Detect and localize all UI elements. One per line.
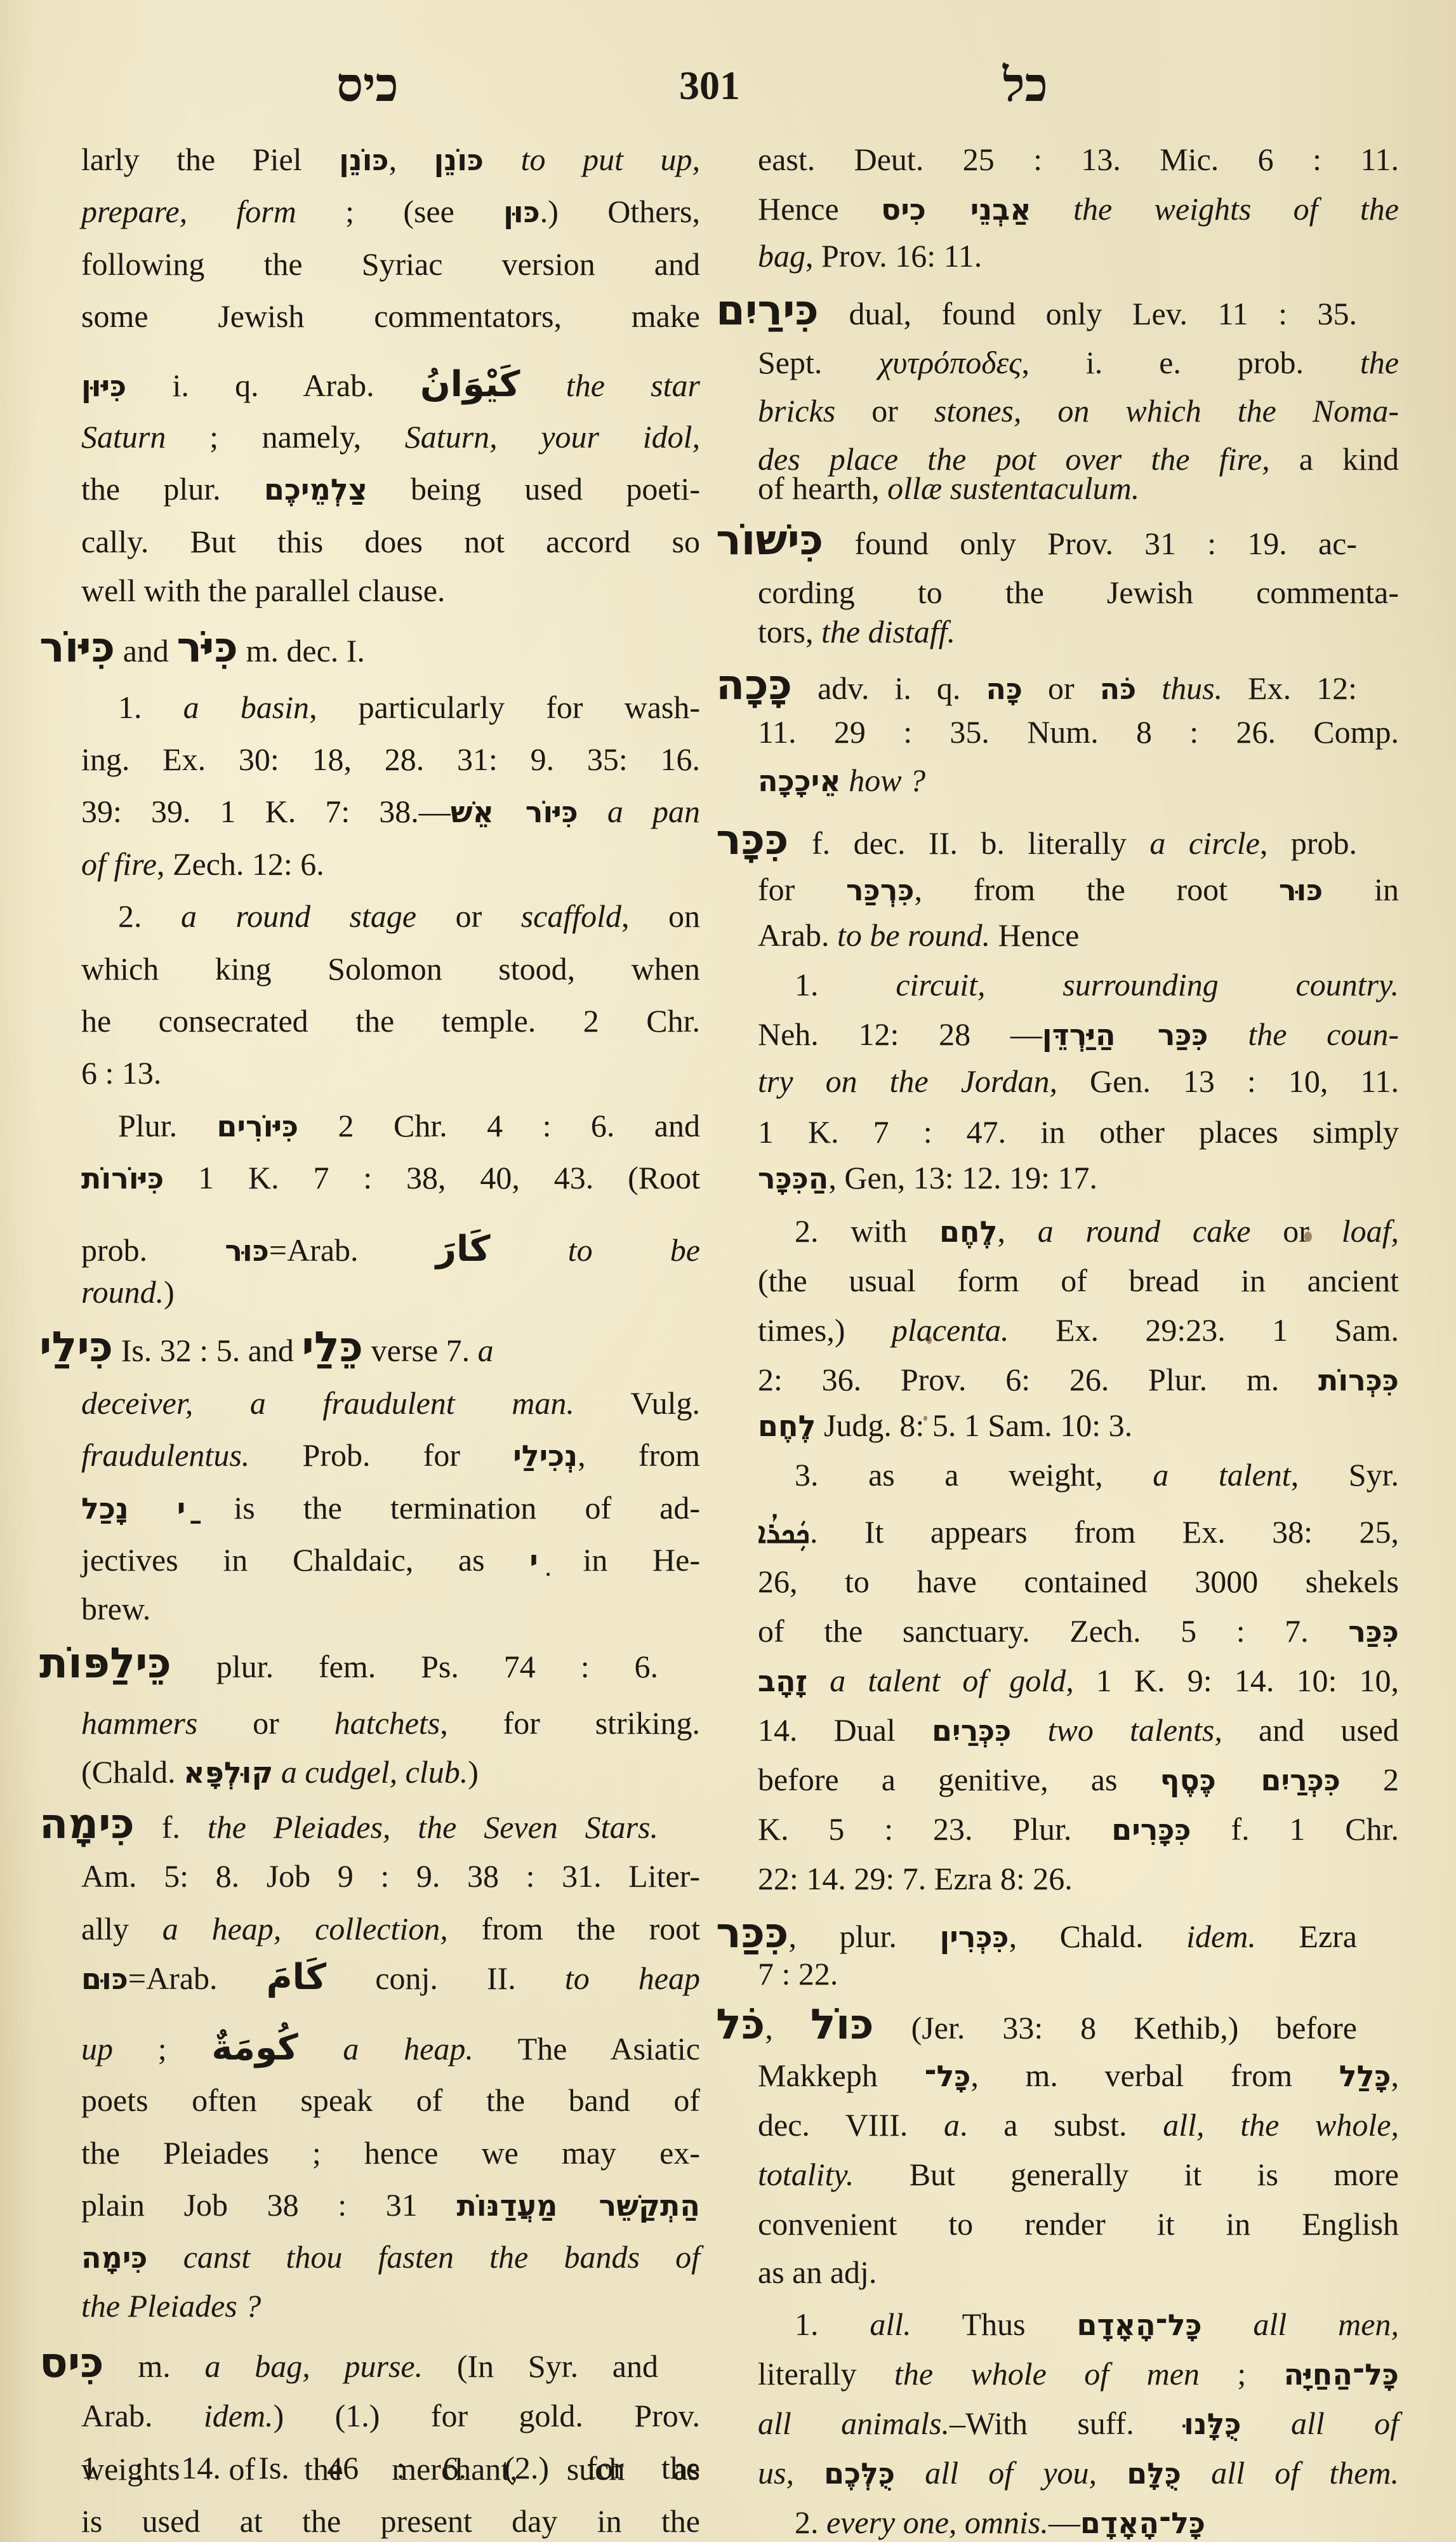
text-run: of the sanctuary. Zech. 5 : 7. [758, 1613, 1348, 1649]
text-line: of the sanctuary. Zech. 5 : 7. כִּכַּר [758, 1610, 1399, 1652]
text-line: כִּיּוֹרוֹת 1 K. 7 : 38, 40, 43. (Root [81, 1157, 700, 1199]
text-line: of fire, Zech. 12: 6. [81, 843, 700, 885]
italic-gloss: a round stage [181, 898, 416, 934]
text-line: 1. a basin, particularly for wash- [81, 686, 700, 728]
italic-gloss: a talent [1153, 1457, 1290, 1493]
text-line: 6 : 13. [81, 1052, 700, 1094]
text-line: זָהָב a talent of gold, 1 K. 9: 14. 10: … [758, 1660, 1399, 1701]
text-run: , [765, 2010, 810, 2046]
greek-word: χυτρόποδες [878, 345, 1021, 380]
text-run: f. dec. II. b. literally [789, 825, 1150, 861]
text-run: (the usual form of bread in ancient [758, 1263, 1399, 1298]
text-line: which king Solomon stood, when [81, 948, 700, 990]
hebrew-word: כֻּלָּנוּ [1184, 2407, 1241, 2441]
entry-headword: כֹּל [716, 2000, 765, 2049]
text-run: 2: 36. Prov. 6: 26. Plur. m. [758, 1362, 1318, 1397]
text-run: weights of the merchant, such as [81, 2451, 700, 2487]
italic-gloss: all of them. [1181, 2455, 1399, 2491]
text-run: The Asiatic [473, 2031, 700, 2066]
hebrew-word: כָּל־הָאָדָם [1077, 2308, 1202, 2342]
italic-gloss: us, [758, 2455, 794, 2491]
text-run: , Prov. 16: 11. [805, 238, 982, 274]
text-run: ally [81, 1911, 162, 1946]
text-line: כָּכָה adv. i. q. כָּה or כֹּה thus. Ex.… [716, 664, 1357, 706]
italic-gloss: the star [520, 368, 701, 403]
italic-gloss: the [1360, 345, 1399, 380]
text-line: round.) [81, 1271, 700, 1313]
entry-headword: כִּימָה [39, 1799, 135, 1848]
text-line: cally. But this does not accord so [81, 521, 700, 562]
text-run: 11. 29 : 35. Num. 8 : 26. Comp. [758, 714, 1399, 750]
italic-gloss: a [944, 2107, 960, 2143]
hebrew-word: לֶחֶם [758, 1409, 816, 1443]
text-line: כִּישׁוֹר found only Prov. 31 : 19. ac- [716, 519, 1357, 561]
text-run: times,) [758, 1312, 892, 1348]
italic-gloss: totality. [758, 2157, 854, 2192]
text-run: in He- [538, 1542, 700, 1578]
italic-gloss: all, the whole, [1163, 2107, 1399, 2143]
italic-gloss: the distaff. [821, 614, 955, 649]
text-run: following the Syriac version and [81, 246, 700, 282]
text-line: כִּירַיִם dual, found only Lev. 11 : 35. [716, 289, 1357, 331]
text-line: the plur. צַלְמֵיכֶם being used poeti- [81, 468, 700, 510]
italic-gloss: bricks [758, 393, 835, 429]
text-run: and used [1222, 1712, 1399, 1748]
text-line: 39: 39. 1 K. 7: 38.—כִּיּוֹר אֵשׁ a pan [81, 790, 700, 832]
text-run: , particularly for wash- [309, 689, 700, 725]
text-line: is used at the present day in the [81, 2500, 700, 2542]
text-run: from the root [448, 1911, 700, 1946]
text-run: or [1023, 670, 1100, 706]
text-run: , prob. [1260, 825, 1357, 861]
text-run: f. 1 Chr. [1191, 1811, 1399, 1847]
entry-headword: כִּיּוֹר [39, 623, 115, 672]
text-run: Is. 32 : 5. and [113, 1333, 301, 1368]
text-run: .) Others, [540, 194, 700, 229]
text-run: found only Prov. 31 : 19. ac- [823, 526, 1357, 561]
text-run: –With suff. [950, 2406, 1184, 2441]
right-column: east. Deut. 25 : 13. Mic. 6 : 11.Hence א… [711, 0, 1456, 2542]
text-line: 3. as a weight, a talent, Syr. [758, 1454, 1399, 1496]
text-line: hammers or hatchets, for striking. [81, 1702, 700, 1744]
text-run: ; [1200, 2356, 1284, 2392]
italic-gloss: two talents, [1011, 1712, 1222, 1748]
text-line: times,) placenta. Ex. 29:23. 1 Sam. [758, 1309, 1399, 1351]
text-line: 26, to have contained 3000 shekels [758, 1560, 1399, 1602]
hebrew-word: אֵיכָכָה [758, 764, 841, 798]
text-line: bag, Prov. 16: 11. [758, 235, 1399, 277]
hebrew-word: כּוּר [1279, 873, 1323, 907]
text-run: 1. [795, 967, 896, 1002]
text-run: plain Job 38 : 31 [81, 2187, 456, 2223]
text-run: or [197, 1705, 334, 1741]
text-run: K. 5 : 23. Plur. [758, 1811, 1111, 1847]
text-line: 2. with לֶחֶם, a round cake or loaf, [758, 1210, 1399, 1252]
hebrew-word: ִי [529, 1543, 538, 1578]
text-line: some Jewish commentators, make [81, 295, 700, 337]
italic-gloss: all. [870, 2306, 911, 2342]
entry-headword: כִּיֹּר [176, 623, 238, 672]
text-run: , Chald. [1009, 1919, 1187, 1954]
hebrew-word: זָהָב [758, 1664, 807, 1698]
text-line: 14. Dual כִּכְּרַיִם two talents, and us… [758, 1709, 1399, 1751]
text-run: =Arab. [269, 1232, 436, 1268]
hebrew-word: כִּיּוֹר אֵשׁ [451, 795, 578, 829]
hebrew-word: אַבְנֵי כִיס [881, 192, 1031, 227]
text-line: all animals.–With suff. כֻּלָּנוּ all of [758, 2402, 1399, 2444]
text-run: Hence [990, 917, 1079, 953]
text-line: Am. 5: 8. Job 9 : 9. 38 : 31. Liter- [81, 1855, 700, 1897]
text-line: literally the whole of men ; כָּל־הַחַיָ… [758, 2353, 1399, 2395]
hebrew-word: כָּל־ [924, 2059, 970, 2093]
italic-gloss: to put up, [484, 142, 700, 177]
italic-gloss: how ? [841, 762, 925, 798]
text-run: conj. II. [326, 1960, 565, 1996]
italic-gloss: fraudulentus. [81, 1437, 249, 1473]
ink-spot [923, 1416, 927, 1421]
text-line: נָכַל ַי is the termination of ad- [81, 1487, 700, 1529]
text-run: . It appears from Ex. 38: 25, [810, 1514, 1399, 1550]
text-line: up ; كُومَةٌ a heap. The Asiatic [81, 2027, 700, 2069]
hebrew-word: צַלְמֵיכֶם [264, 472, 367, 507]
text-line: כִּיס m. a bag, purse. (In Syr. and [39, 2342, 658, 2384]
entry-headword: כֵּילַפּוֹת [39, 1639, 171, 1687]
text-line: weights of the merchant, such as [81, 2448, 700, 2490]
hebrew-word: כָּל־הַחַיָּה [1284, 2357, 1399, 2392]
hebrew-word: כִּכְּרוֹת [1318, 1363, 1399, 1397]
text-run: east. Deut. 25 : 13. Mic. 6 : 11. [758, 142, 1399, 177]
text-line: (the usual form of bread in ancient [758, 1260, 1399, 1301]
text-run: plur. fem. Ps. 74 : 6. [171, 1649, 658, 1684]
hebrew-word: כָּה [986, 672, 1023, 706]
text-run: poets often speak of the band of [81, 2082, 700, 2118]
text-line: poets often speak of the band of [81, 2079, 700, 2121]
text-line: he consecrated the temple. 2 Chr. [81, 1000, 700, 1042]
text-run: (In Syr. and [423, 2348, 658, 2384]
text-run: m. dec. I. [238, 633, 365, 669]
text-run: the Pleiades ; hence we may ex- [81, 2135, 700, 2171]
entry-headword: כּוֹל [811, 2000, 874, 2049]
text-run: ) [164, 1274, 175, 1310]
text-line: convenient to render it in English [758, 2203, 1399, 2245]
text-run: he consecrated the temple. 2 Chr. [81, 1003, 700, 1039]
text-line: for כִּרְכַּר, from the root כּוּר in [758, 868, 1399, 910]
italic-gloss: the whole of men [894, 2356, 1200, 2392]
text-line: larly the Piel כּוֹנֵן, כּוֹנֵן to put u… [81, 138, 700, 180]
ink-spot [927, 1336, 932, 1344]
hebrew-word: הַכִּכָּר [758, 1161, 828, 1195]
italic-gloss: idem. [1186, 1919, 1256, 1954]
hebrew-word: כִּכָּרִים [1111, 1813, 1191, 1847]
hebrew-word: כָּלַל [1339, 2059, 1391, 2093]
text-line: tors, the distaff. [758, 611, 1399, 653]
hebrew-word: הַתְקַשֵּׁר מַעֲדַנּוֹת [456, 2188, 700, 2223]
text-run: Arab. [758, 917, 837, 953]
italic-gloss: deceiver, a fraudulent man. [81, 1385, 574, 1421]
text-line: לֶחֶם Judg. 8: 5. 1 Sam. 10: 3. [758, 1404, 1399, 1446]
arabic-word: كَيْوَانُ [420, 364, 520, 405]
text-run: of hearth, [758, 470, 887, 506]
text-line: ally a heap, collection, from the root [81, 1908, 700, 1950]
hebrew-word: ܟܲܟܪܳܐ [758, 1515, 810, 1550]
text-run: Am. 5: 8. Job 9 : 9. 38 : 31. Liter- [81, 1858, 700, 1894]
left-column: larly the Piel כּוֹנֵן, כּוֹנֵן to put u… [0, 0, 711, 2542]
hebrew-word: כָּל־הָאָדָם [1080, 2506, 1205, 2540]
text-run [1097, 2455, 1127, 2491]
text-run: verse 7. [363, 1333, 478, 1368]
italic-gloss: all animals. [758, 2406, 950, 2441]
text-run: 1 K. 9: 14. 10: 10, [1074, 1663, 1399, 1698]
text-run: , i. e. prob. [1021, 345, 1360, 380]
text-run: (Jer. 33: 8 Kethib,) before [874, 2010, 1357, 2046]
text-run: being used poeti- [367, 471, 700, 507]
hebrew-word: כּוּן [503, 195, 540, 229]
text-run: Ex. 29:23. 1 Sam. [1009, 1312, 1399, 1348]
italic-gloss: a cudgel, club. [273, 1754, 468, 1790]
text-line: prob. כּוּר=Arab. كَارَ to be [81, 1228, 700, 1270]
italic-gloss: a basin [183, 689, 309, 725]
text-run: , Syr. [1291, 1457, 1399, 1493]
entry-headword: כִּכַּר [716, 1908, 789, 1957]
italic-gloss: placenta. [892, 1312, 1009, 1348]
text-line: 1. circuit, surrounding country. [758, 964, 1399, 1006]
text-run: tors, [758, 614, 821, 649]
italic-gloss: to be round. [837, 917, 990, 953]
text-run: 6 : 13. [81, 1055, 161, 1091]
text-line: brew. [81, 1588, 700, 1630]
italic-gloss: bag [758, 238, 805, 274]
text-run: 2. [795, 2505, 826, 2540]
text-run: 2 [1340, 1762, 1399, 1797]
text-line: 1. all. Thus כָּל־הָאָדָם all men, [758, 2303, 1399, 2345]
italic-gloss: Saturn, your idol, [405, 419, 700, 455]
italic-gloss: all men, [1202, 2306, 1399, 2342]
hebrew-word: כֻּלָּם [1127, 2456, 1181, 2491]
italic-gloss: a [478, 1333, 494, 1368]
text-run: adv. i. q. [792, 670, 986, 706]
text-run: convenient to render it in English [758, 2206, 1399, 2242]
text-line: 2: 36. Prov. 6: 26. Plur. m. כִּכְּרוֹת [758, 1359, 1399, 1401]
italic-gloss: a bag, purse. [205, 2348, 423, 2384]
text-run: ; (see [296, 194, 503, 229]
hebrew-word: כִּכַּר [1348, 1614, 1399, 1649]
arabic-word: كَارَ [436, 1228, 491, 1270]
text-line: 7 : 22. [758, 1953, 1399, 1995]
text-run: 1. [118, 689, 183, 725]
italic-gloss: thus. [1136, 670, 1222, 706]
text-run: Thus [911, 2306, 1077, 2342]
text-line: כִּכָּר f. dec. II. b. literally a circl… [716, 819, 1357, 861]
text-run: Gen. 13 : 10, 11. [1057, 1063, 1399, 1099]
text-line: deceiver, a fraudulent man. Vulg. [81, 1382, 700, 1424]
italic-gloss: to heap [565, 1960, 700, 1996]
hebrew-word: כִּרְכַּר [846, 873, 915, 907]
text-line: try on the Jordan, Gen. 13 : 10, 11. [758, 1060, 1399, 1102]
entry-headword: כָּכָה [716, 660, 792, 709]
text-run: , [1391, 2058, 1400, 2093]
text-run: 2. [118, 898, 181, 934]
italic-gloss: circuit, surrounding country. [896, 967, 1399, 1002]
text-line: כִּיּוֹר and כִּיֹּר m. dec. I. [39, 627, 658, 669]
italic-gloss: a circle [1149, 825, 1259, 861]
lexicon-page: כיס 301 כל larly the Piel כּוֹנֵן, כּוֹנ… [0, 0, 1456, 2542]
text-run: , plur. [789, 1919, 940, 1954]
italic-gloss: of fire [81, 846, 157, 882]
text-run: some Jewish commentators, make [81, 298, 700, 334]
text-line: Neh. 12: 28 —כִּכַּר הַיַּרְדֵּן the cou… [758, 1013, 1399, 1055]
text-run: ing. Ex. 30: 18, 28. 31: 9. 35: 16. [81, 742, 700, 777]
text-run: , from the root [915, 872, 1279, 907]
italic-gloss: a heap. [298, 2031, 473, 2066]
text-run: Neh. 12: 28 — [758, 1016, 1042, 1052]
entry-headword: כִּילַי [39, 1322, 113, 1371]
text-run: Hence [758, 191, 881, 227]
text-run: in [1323, 872, 1399, 907]
italic-gloss: idem. [204, 2398, 274, 2433]
entry-headword: כִּכָּר [716, 815, 789, 864]
text-run: , from [578, 1437, 700, 1473]
italic-gloss: try on the Jordan, [758, 1063, 1057, 1099]
hebrew-word: נָכַל [81, 1491, 129, 1526]
text-line: כֵּילַפּוֹת plur. fem. Ps. 74 : 6. [39, 1642, 658, 1684]
italic-gloss: up [81, 2031, 113, 2066]
italic-gloss: the Pleiades ? [81, 2288, 261, 2324]
text-line: Arab. to be round. Hence [758, 914, 1399, 956]
text-run: or [1250, 1213, 1341, 1249]
italic-gloss: ollæ sustentaculum. [887, 470, 1139, 506]
text-line: prepare, form ; (see כּוּן.) Others, [81, 190, 700, 232]
hebrew-word: כֻּלְּכֶם [824, 2456, 895, 2491]
text-run: ) [468, 1754, 479, 1790]
text-line: כֹּל, כּוֹל (Jer. 33: 8 Kethib,) before [716, 2004, 1357, 2046]
italic-gloss: a pan [578, 794, 700, 829]
hebrew-word: כּוֹנֵן [434, 143, 484, 177]
text-line: Hence אַבְנֵי כִיס the weights of the [758, 188, 1399, 230]
text-line: the Pleiades ? [81, 2285, 700, 2327]
text-run: as an adj. [758, 2254, 877, 2290]
arabic-word: كَامَ [267, 1957, 327, 1998]
text-run: 7 : 22. [758, 1956, 838, 1992]
italic-gloss: scaffold [521, 898, 621, 934]
italic-gloss: round. [81, 1274, 164, 1310]
text-run: jectives in Chaldaic, as [81, 1542, 529, 1578]
entry-headword: כִּישׁוֹר [716, 516, 823, 564]
text-line: as an adj. [758, 2251, 1399, 2293]
text-run: prob. [81, 1232, 225, 1268]
text-line: כִּימָה f. the Pleiades, the Seven Stars… [39, 1803, 658, 1845]
hebrew-word: כִּימָה [81, 2240, 148, 2275]
text-run: But generally it is more [854, 2157, 1399, 2192]
hebrew-word: כִּיּוּן [81, 369, 126, 403]
text-line: cording to the Jewish commenta- [758, 571, 1399, 613]
text-run: the plur. [81, 471, 264, 507]
text-run: 14. Dual [758, 1712, 932, 1748]
text-line: כִּיּוּן i. q. Arab. كَيْوَانُ the star [81, 364, 700, 406]
text-run: cording to the Jewish commenta- [758, 575, 1399, 610]
text-line: Plur. כִּיּוֹרִים 2 Chr. 4 : 6. and [81, 1105, 700, 1147]
hebrew-word: כִּכְּרַיִם כֶּסֶף [1160, 1763, 1340, 1797]
text-run: 2. with [795, 1213, 939, 1249]
text-line: well with the parallel clause. [81, 569, 700, 611]
text-line: כִּילַי Is. 32 : 5. and כֵּלַי verse 7. … [39, 1326, 658, 1368]
hebrew-word: כּוּר [225, 1234, 269, 1268]
italic-gloss: loaf, [1342, 1213, 1399, 1249]
hebrew-word: קוּלְפָּא [183, 1755, 273, 1790]
italic-gloss: prepare, form [81, 194, 296, 229]
hebrew-word: נְכִילַי [513, 1439, 578, 1473]
text-run: or [416, 898, 521, 934]
text-line: east. Deut. 25 : 13. Mic. 6 : 11. [758, 138, 1399, 180]
text-run: — [1049, 2505, 1080, 2540]
text-run: and [115, 633, 176, 669]
text-run: Plur. [118, 1108, 217, 1143]
text-line: ing. Ex. 30: 18, 28. 31: 9. 35: 16. [81, 738, 700, 780]
text-run [794, 2455, 824, 2491]
text-run: Ezra [1256, 1919, 1357, 1954]
italic-gloss: hatchets [334, 1705, 440, 1741]
italic-gloss: Saturn [81, 419, 166, 455]
text-line: אֵיכָכָה how ? [758, 759, 1399, 801]
text-line: Sept. χυτρόποδες, i. e. prob. the [758, 342, 1399, 383]
text-run: Ex. 12: [1222, 670, 1357, 706]
text-run: Prob. for [249, 1437, 513, 1473]
text-run: before a genitive, as [758, 1762, 1160, 1797]
text-run: which king Solomon stood, when [81, 951, 700, 987]
text-run: brew. [81, 1591, 150, 1627]
text-run: , [389, 142, 434, 177]
text-line: before a genitive, as כִּכְּרַיִם כֶּסֶף… [758, 1759, 1399, 1800]
text-run: i. q. Arab. [126, 368, 420, 403]
text-run: 2 Chr. 4 : 6. and [298, 1108, 700, 1143]
hebrew-word: כִּכַּר הַיַּרְדֵּן [1042, 1018, 1208, 1052]
text-line: Saturn ; namely, Saturn, your idol, [81, 416, 700, 458]
text-line: bricks or stones, on which the Noma- [758, 390, 1399, 432]
text-run: , Zech. 12: 6. [157, 846, 324, 882]
text-run: ) (1.) for gold. Prov. [274, 2398, 700, 2433]
hebrew-word: כִּכְּרִין [939, 1920, 1009, 1954]
text-line: of hearth, ollæ sustentaculum. [758, 467, 1399, 509]
hebrew-word: ַי [177, 1491, 186, 1526]
text-run: =Arab. [128, 1960, 267, 1996]
text-run: f. [135, 1809, 208, 1845]
text-line: us, כֻּלְּכֶם all of you, כֻּלָּם all of… [758, 2452, 1399, 2494]
text-line: K. 5 : 23. Plur. כִּכָּרִים f. 1 Chr. [758, 1808, 1399, 1850]
text-line: ܟܲܟܪܳܐ. It appears from Ex. 38: 25, [758, 1511, 1399, 1553]
text-line: הַכִּכָּר, Gen, 13: 12. 19: 17. [758, 1157, 1399, 1199]
text-run: , for striking. [440, 1705, 700, 1741]
text-run: is used at the present day in the [81, 2503, 700, 2539]
text-run: m. [104, 2348, 205, 2384]
italic-gloss: a round cake [1038, 1213, 1251, 1249]
italic-gloss: to be [491, 1232, 700, 1268]
italic-gloss: canst thou fasten the bands of [148, 2239, 701, 2275]
hebrew-word: כִּיּוֹרוֹת [81, 1161, 164, 1195]
text-line: (Chald. קוּלְפָּא a cudgel, club.) [81, 1751, 700, 1793]
text-run: , on [621, 898, 700, 934]
text-run: ; namely, [166, 419, 404, 455]
hebrew-word: כּוֹנֵן [339, 143, 388, 177]
text-line: the Pleiades ; hence we may ex- [81, 2132, 700, 2174]
text-line: 11. 29 : 35. Num. 8 : 26. Comp. [758, 711, 1399, 753]
text-run: Sept. [758, 345, 878, 380]
text-run: larly the Piel [81, 142, 339, 177]
ink-spot [1304, 1232, 1312, 1242]
italic-gloss: all of you, [895, 2455, 1097, 2491]
italic-gloss: the weights of the [1031, 191, 1399, 227]
text-run: 1 K. 7 : 47. in other places simply [758, 1114, 1399, 1150]
text-run: 1 K. 7 : 38, 40, 43. (Root [164, 1160, 700, 1195]
italic-gloss: a talent of gold, [807, 1663, 1074, 1698]
